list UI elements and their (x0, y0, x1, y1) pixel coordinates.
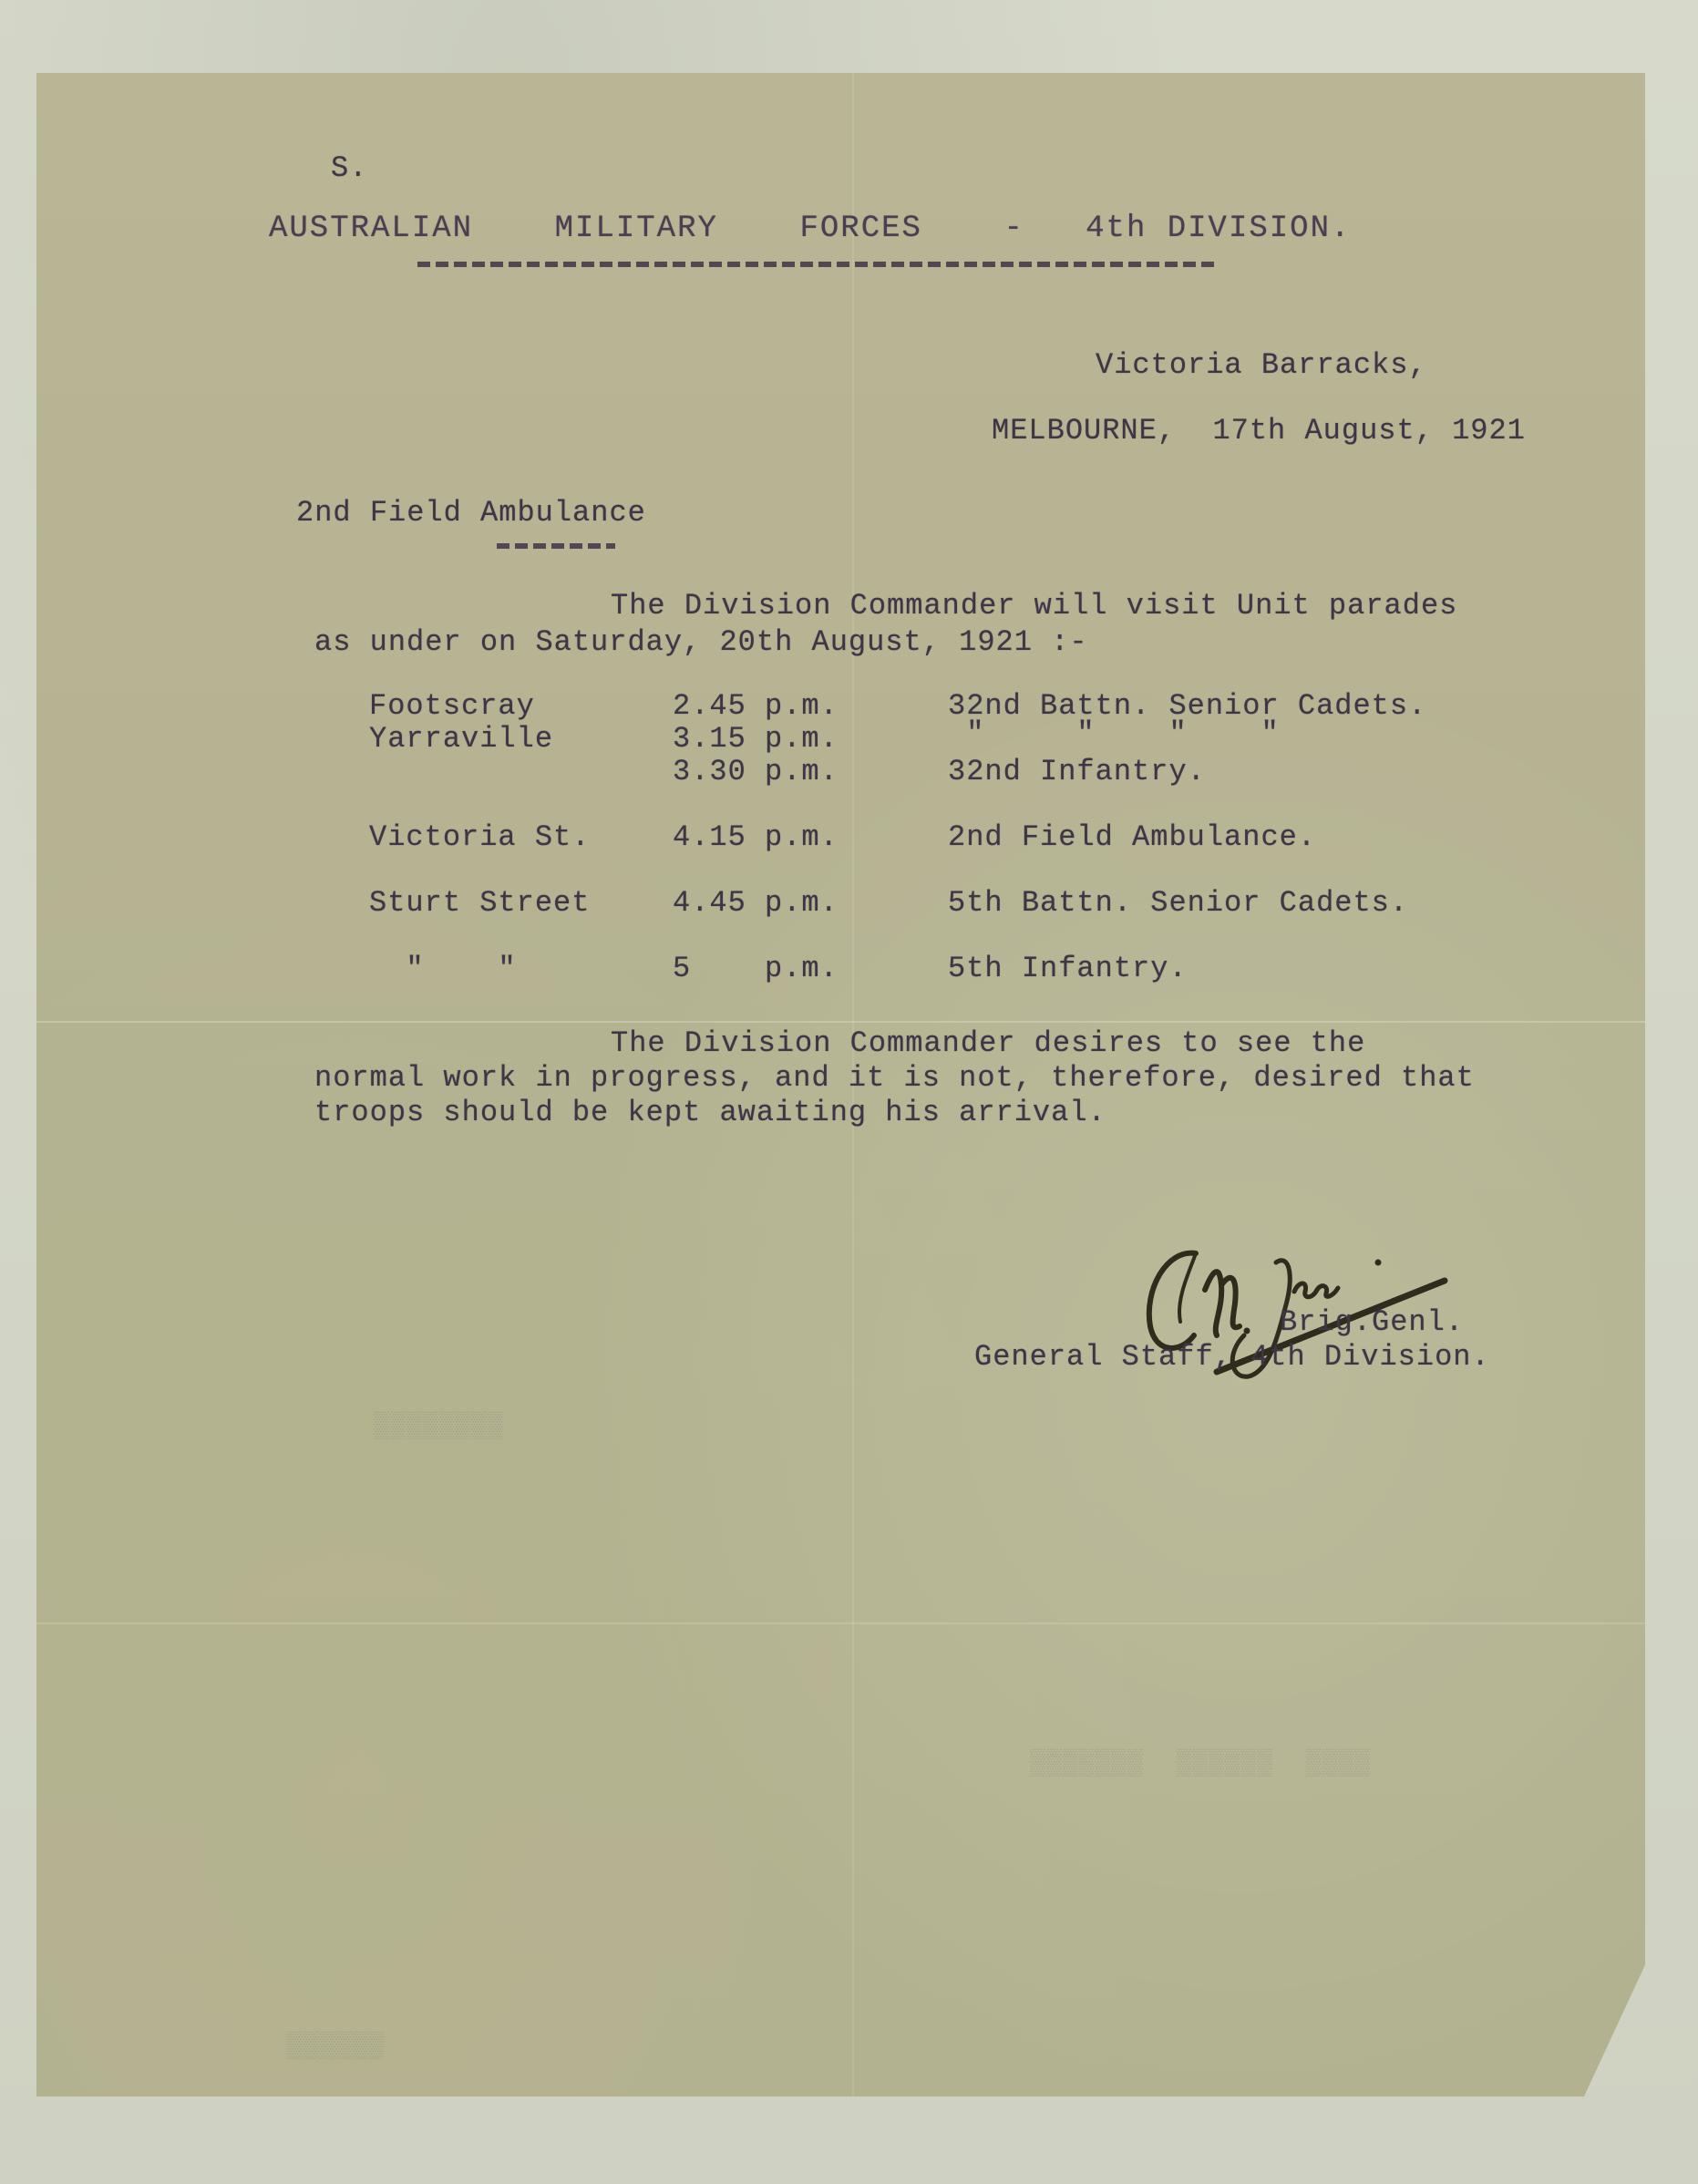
schedule-row: Victoria St. 4.15 p.m. 2nd Field Ambulan… (36, 820, 1645, 855)
document-page: S. AUSTRALIAN MILITARY FORCES - 4th DIVI… (36, 73, 1645, 2096)
closing-line-2: normal work in progress, and it is not, … (314, 1061, 1475, 1096)
signatory-rank: Brig.Genl. (1280, 1305, 1464, 1340)
schedule-location: " " (369, 952, 517, 986)
schedule-unit: 5th Infantry. (948, 952, 1188, 986)
schedule-unit-ditto: " " " " (948, 716, 1280, 751)
schedule-time: 2.45 p.m. (673, 689, 839, 724)
closing-line-3: troops should be kept awaiting his arriv… (314, 1096, 1106, 1130)
schedule-time: 5 p.m. (673, 952, 839, 986)
schedule-location: Victoria St. (369, 820, 590, 855)
schedule-time: 4.45 p.m. (673, 886, 839, 921)
schedule-row: 3.30 p.m. 32nd Infantry. (36, 755, 1645, 789)
schedule-unit: 5th Battn. Senior Cadets. (948, 886, 1408, 921)
schedule-location: Sturt Street (369, 886, 590, 921)
schedule-time: 4.15 p.m. (673, 820, 839, 855)
bleed-through-text: ▒▒▒▒▒▒▒▒ (374, 1413, 503, 1441)
bleed-through-text: ▒▒▒▒▒▒▒ ▒▒▒▒▒▒ ▒▒▒▒ (1030, 1750, 1371, 1778)
schedule-time: 3.15 p.m. (673, 722, 839, 757)
closing-line-1: The Division Commander desires to see th… (611, 1026, 1365, 1061)
signatory-position: General Staff, 4th Division. (974, 1340, 1490, 1375)
schedule-row: " " 5 p.m. 5th Infantry. (36, 952, 1645, 986)
bleed-through-text: ▒▒▒▒▒▒ (287, 2033, 385, 2061)
schedule-time: 3.30 p.m. (673, 755, 839, 789)
schedule-unit: 2nd Field Ambulance. (948, 820, 1316, 855)
schedule-row: Footscray 2.45 p.m. 32nd Battn. Senior C… (36, 689, 1645, 724)
schedule-row: Yarraville 3.15 p.m. " " " " (36, 722, 1645, 757)
schedule-unit: 32nd Infantry. (948, 755, 1206, 789)
schedule-location: Footscray (369, 689, 535, 724)
schedule-location: Yarraville (369, 722, 553, 757)
schedule-row: Sturt Street 4.45 p.m. 5th Battn. Senior… (36, 886, 1645, 921)
